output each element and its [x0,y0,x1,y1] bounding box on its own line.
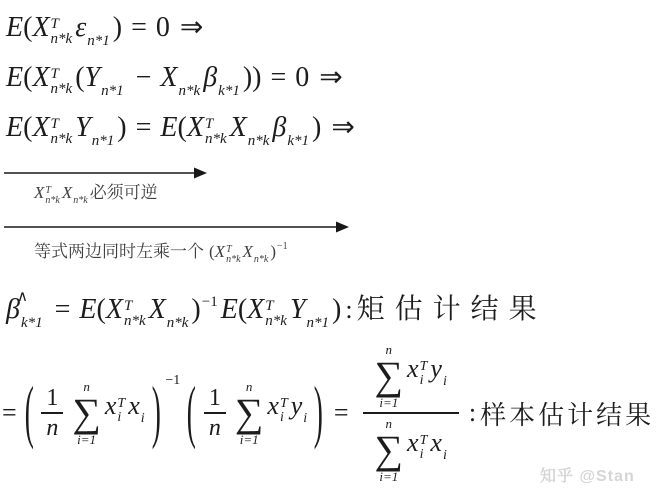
paren-close: ) [117,112,126,143]
big-paren-open: ( [24,373,33,454]
equals-sign: = [55,294,71,325]
fraction-denominator: n [46,414,58,441]
paren-close: ) [191,294,200,325]
var-X: X [247,294,264,325]
arrow-2-label: 等式两边同时左乘一个(XTn*kXn*k)−1 [34,236,364,271]
fraction-1-over-n: 1n [41,385,63,441]
implies-arrow: ⇒ [319,62,342,93]
equation-line-3: E(XTn*kYn*1)=E(XTn*kXn*kβk*1)⇒ [6,108,355,161]
equation-line-1: E(XTn*kεn*1)=0⇒ [6,8,203,61]
sub-nk: n*k [51,132,73,147]
minus-sign: − [136,62,152,93]
summation: n∑i=1 [235,379,264,447]
equals-sign: = [136,112,152,143]
big-fraction-numerator: n∑i=1xTiyi [363,340,459,414]
arrow-2-note: 等式两边同时左乘一个 [34,242,204,261]
colon: : [345,295,352,324]
sigma-icon: ∑ [235,394,264,432]
term-xTx: xTixi [407,427,451,473]
fraction-1-over-n: 1n [204,385,226,441]
big-paren-open: ( [187,373,196,454]
var-x: x [128,391,140,420]
arrow-icon [4,166,208,180]
var-E: E [6,12,23,43]
arrow-1-label: XTn*kXn*k必须可逆 [34,182,214,212]
paren-close: ) [312,112,321,143]
zhihu-watermark: 知乎 @Stan [540,463,635,486]
sum-lower-limit: i=1 [77,432,96,447]
sub-nk: n*k [45,196,59,206]
sup-T: T [124,299,132,314]
sub-nk: n*k [226,255,240,265]
var-X: X [34,183,44,202]
var-X: X [187,112,204,143]
var-beta: β [272,112,286,143]
var-epsilon: ε [75,12,86,43]
script-T-nk: Tn*k [51,117,73,147]
sup-T: T [265,299,273,314]
var-E: E [160,112,177,143]
sum-lower-limit: i=1 [379,395,398,410]
var-X: X [149,294,166,325]
sub-i: i [280,411,284,425]
script-T-nk: Tn*k [205,117,227,147]
implies-arrow: ⇒ [180,12,203,43]
var-x: x [267,391,279,420]
var-y: y [291,391,303,420]
beta-hat: ∧β [6,290,20,338]
sup-inverse: −1 [202,294,218,310]
big-fraction-denominator: n∑i=1xTixi [363,414,459,486]
sub-i: i [303,411,307,426]
double-paren-close: )) [243,62,262,93]
sub-k1: k*1 [218,83,240,99]
sub-i: i [443,448,447,463]
script-T-nk: Tn*k [45,186,59,206]
var-x: x [430,428,442,457]
term-xTy: xTiyi [407,353,451,399]
var-beta: β [203,62,217,93]
var-Y: Y [290,294,306,325]
var-X: X [215,242,225,261]
summation: n∑i=1 [375,342,404,410]
script-T-nk: Tn*k [51,67,73,97]
sup-inverse: −1 [277,241,288,252]
sup-T: T [51,117,59,132]
script-T-i: Ti [117,397,125,425]
equals-sign: = [2,397,17,429]
var-X: X [32,62,49,93]
derivation-arrow-1: XTn*kXn*k必须可逆 [4,166,214,212]
sub-nk: n*k [265,314,287,329]
sub-i: i [141,411,145,426]
formula-page: E(XTn*kεn*1)=0⇒ E(XTn*k(Yn*1−Xn*kβk*1))=… [0,0,668,498]
sub-nk: n*k [179,83,201,99]
zero: 0 [156,12,170,43]
var-x: x [407,428,419,457]
paren-close: ) [270,242,276,261]
var-Y: Y [75,112,91,143]
sub-n1: n*1 [101,83,124,99]
script-T-nk: Tn*k [51,17,73,47]
big-paren-close: ) [151,373,160,454]
var-X: X [106,294,123,325]
sample-estimate-label: 样本估计结果 [480,395,654,432]
arrow-1-note: 必须可逆 [90,183,158,202]
sigma-icon: ∑ [375,357,404,395]
sub-n1: n*1 [92,133,115,149]
term-xTy: xTiyi [267,390,311,436]
var-X: X [62,183,72,202]
sub-i: i [443,374,447,389]
sup-T: T [117,397,125,411]
big-fraction: n∑i=1xTiyi n∑i=1xTixi [363,340,459,486]
sup-inverse: −1 [165,373,180,389]
paren-open: ( [75,62,84,93]
sup-T: T [51,67,59,82]
sub-i: i [420,374,424,388]
var-y: y [430,354,442,383]
equation-line-2: E(XTn*k(Yn*1−Xn*kβk*1))=0⇒ [6,58,343,111]
sub-i: i [420,448,424,462]
var-E: E [221,294,238,325]
paren-close: ) [113,12,122,43]
sub-nk: n*k [205,132,227,147]
implies-arrow: ⇒ [331,112,354,143]
sigma-icon: ∑ [375,431,404,469]
moment-estimate-label: 矩估计结果 [357,294,547,325]
var-Y: Y [85,62,101,93]
paren-open: ( [178,112,187,143]
script-T-i: Ti [420,434,428,462]
fraction-denominator: n [209,414,221,441]
var-X: X [32,12,49,43]
var-E: E [6,112,23,143]
sub-i: i [117,411,121,425]
colon: : [469,398,476,428]
derivation-arrow-2: 等式两边同时左乘一个(XTn*kXn*k)−1 [4,220,364,271]
sub-n1: n*1 [307,315,330,331]
summation: n∑i=1 [375,416,404,484]
script-T-i: Ti [420,360,428,388]
paren-open: ( [238,294,247,325]
var-X: X [32,112,49,143]
equals-sign: = [131,12,147,43]
var-E: E [6,62,23,93]
script-T-nk: Tn*k [265,299,287,329]
fraction-numerator: 1 [204,385,226,414]
paren-close: ) [332,294,341,325]
sum-lower-limit: i=1 [379,469,398,484]
sub-nk: n*k [124,314,146,329]
sub-nk: n*k [51,82,73,97]
hat-icon: ∧ [17,277,28,317]
var-X: X [243,242,253,261]
sub-nk: n*k [73,195,87,206]
zero: 0 [295,62,309,93]
var-X: X [160,62,177,93]
fraction-numerator: 1 [41,385,63,414]
big-paren-close: ) [314,373,323,454]
sup-T: T [420,360,428,374]
sigma-icon: ∑ [72,394,101,432]
summation: n∑i=1 [72,379,101,447]
var-x: x [105,391,117,420]
sup-T: T [205,117,213,132]
sub-nk: n*k [254,254,268,265]
sub-k1: k*1 [287,133,309,149]
sup-T: T [280,397,288,411]
sub-nk: n*k [51,32,73,47]
script-T-i: Ti [280,397,288,425]
sub-nk: n*k [167,315,189,331]
sub-nk: n*k [248,133,270,149]
script-T-nk: Tn*k [226,245,240,265]
sup-T: T [420,434,428,448]
equals-sign: = [334,397,349,429]
term-xTx: xTixi [105,390,149,436]
var-E: E [79,294,96,325]
sub-k1: k*1 [21,315,43,331]
paren-open: ( [97,294,106,325]
sub-n1: n*1 [87,33,110,49]
var-X: X [230,112,247,143]
script-T-nk: Tn*k [124,299,146,329]
sum-lower-limit: i=1 [240,432,259,447]
var-x: x [407,354,419,383]
equals-sign: = [270,62,286,93]
sup-T: T [51,17,59,32]
arrow-icon [4,220,350,234]
